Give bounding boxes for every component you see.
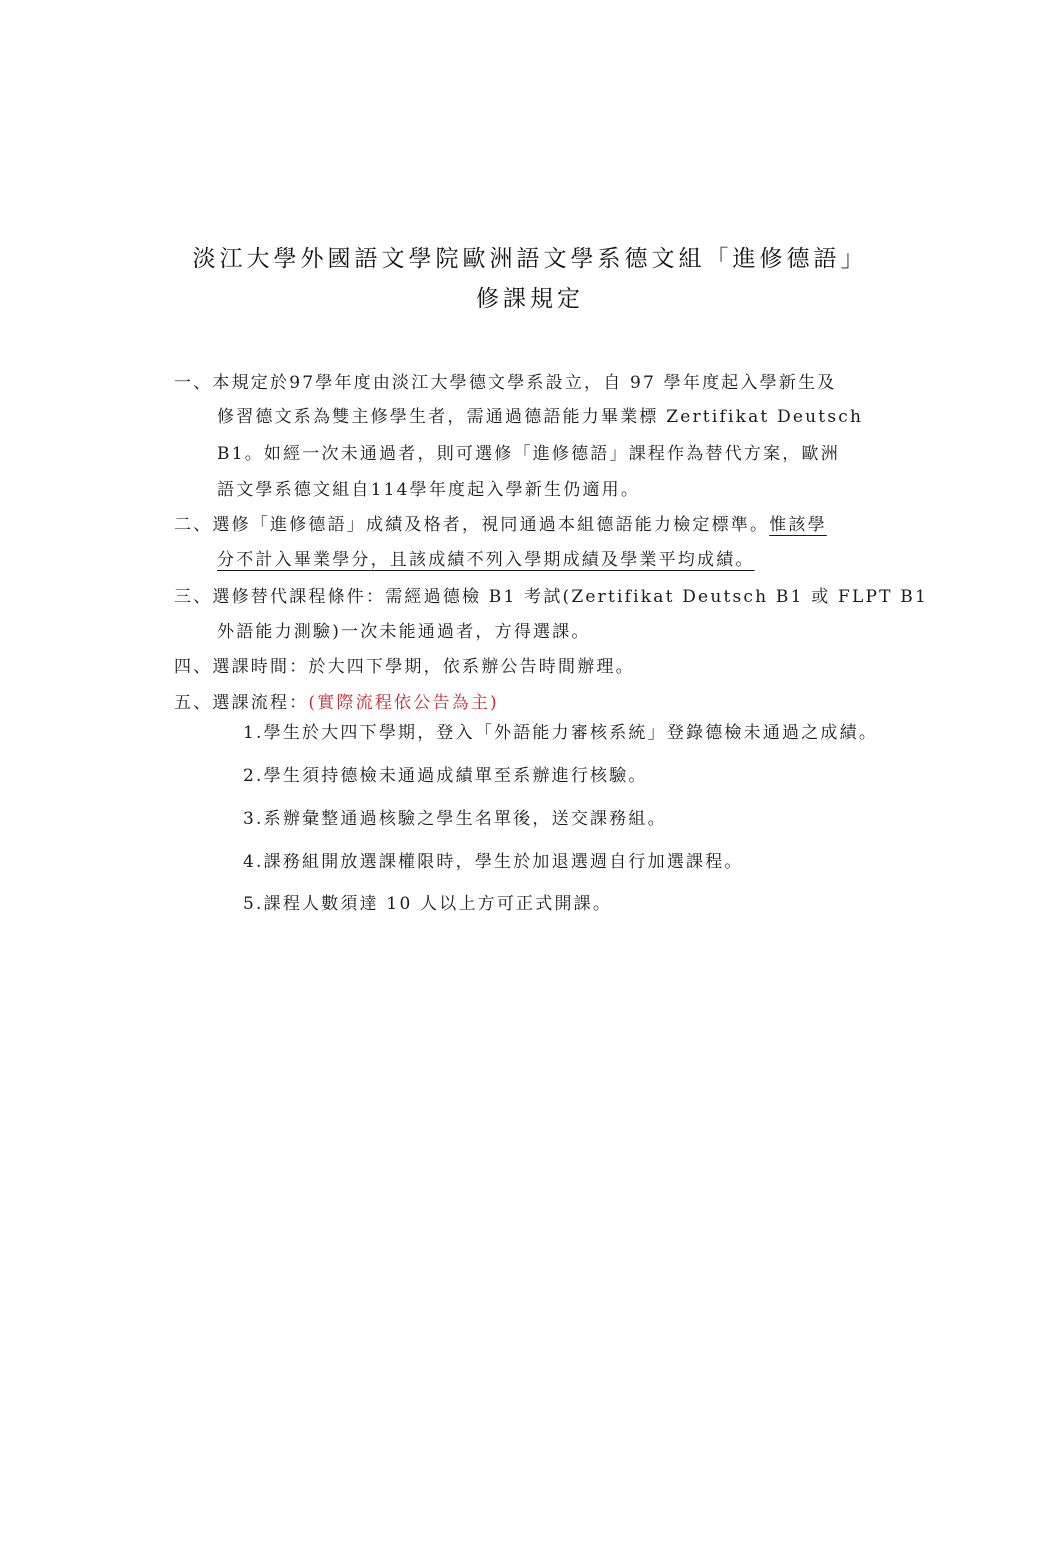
red-note: (實際流程依公告為主) xyxy=(308,693,498,713)
section-4-line-1: 四、選課時間：於大四下學期，依系辦公告時間辦理。 xyxy=(174,656,635,678)
document-title-line-2: 修課規定 xyxy=(0,280,1060,313)
process-step-1: 1.學生於大四下學期，登入「外語能力審核系統」登錄德檢未通過之成績。 xyxy=(243,722,878,744)
section-2-line-1: 二、選修「進修德語」成績及格者，視同通過本組德語能力檢定標準。惟該學 xyxy=(174,514,827,536)
process-step-4: 4.課務組開放選課權限時，學生於加退選週自行加選課程。 xyxy=(243,851,744,873)
section-4-number: 四、 xyxy=(174,656,212,678)
section-5-number: 五、 xyxy=(174,692,212,714)
section-1-line-1: 一、本規定於97學年度由淡江大學德文學系設立，自 97 學年度起入學新生及 xyxy=(174,372,836,394)
document-title-line-1: 淡江大學外國語文學院歐洲語文學系德文組「進修德語」 xyxy=(0,240,1060,273)
process-step-2: 2.學生須持德檢未通過成績單至系辦進行核驗。 xyxy=(243,765,648,787)
section-3-line-1: 三、選修替代課程條件：需經過德檢 B1 考試(Zertifikat Deutsc… xyxy=(174,586,928,608)
section-1-number: 一、 xyxy=(174,372,212,394)
section-5-label: 選課流程： xyxy=(212,693,308,713)
section-2-line-2: 分不計入畢業學分，且該成績不列入學期成績及學業平均成績。 xyxy=(217,549,755,571)
section-1-line-4: 語文學系德文組自114學年度起入學新生仍適用。 xyxy=(217,479,640,501)
underlined-note-end: 分不計入畢業學分，且該成績不列入學期成績及學業平均成績。 xyxy=(217,550,755,570)
process-step-3: 3.系辦彙整通過核驗之學生名單後，送交課務組。 xyxy=(243,808,667,830)
section-3-number: 三、 xyxy=(174,586,212,608)
section-1-line-3: B1。如經一次未通過者，則可選修「進修德語」課程作為替代方案，歐洲 xyxy=(217,443,840,465)
section-1-line-2: 修習德文系為雙主修學生者，需通過德語能力畢業標 Zertifikat Deuts… xyxy=(217,406,863,428)
underlined-note-start: 惟該學 xyxy=(769,515,827,535)
section-5-line-1: 五、選課流程：(實際流程依公告為主) xyxy=(174,692,499,714)
process-step-5: 5.課程人數須達 10 人以上方可正式開課。 xyxy=(243,893,612,915)
section-2-number: 二、 xyxy=(174,514,212,536)
document-page: 淡江大學外國語文學院歐洲語文學系德文組「進修德語」 修課規定 一、本規定於97學… xyxy=(0,0,1060,1543)
section-3-line-2: 外語能力測驗)一次未能通過者，方得選課。 xyxy=(217,621,591,643)
